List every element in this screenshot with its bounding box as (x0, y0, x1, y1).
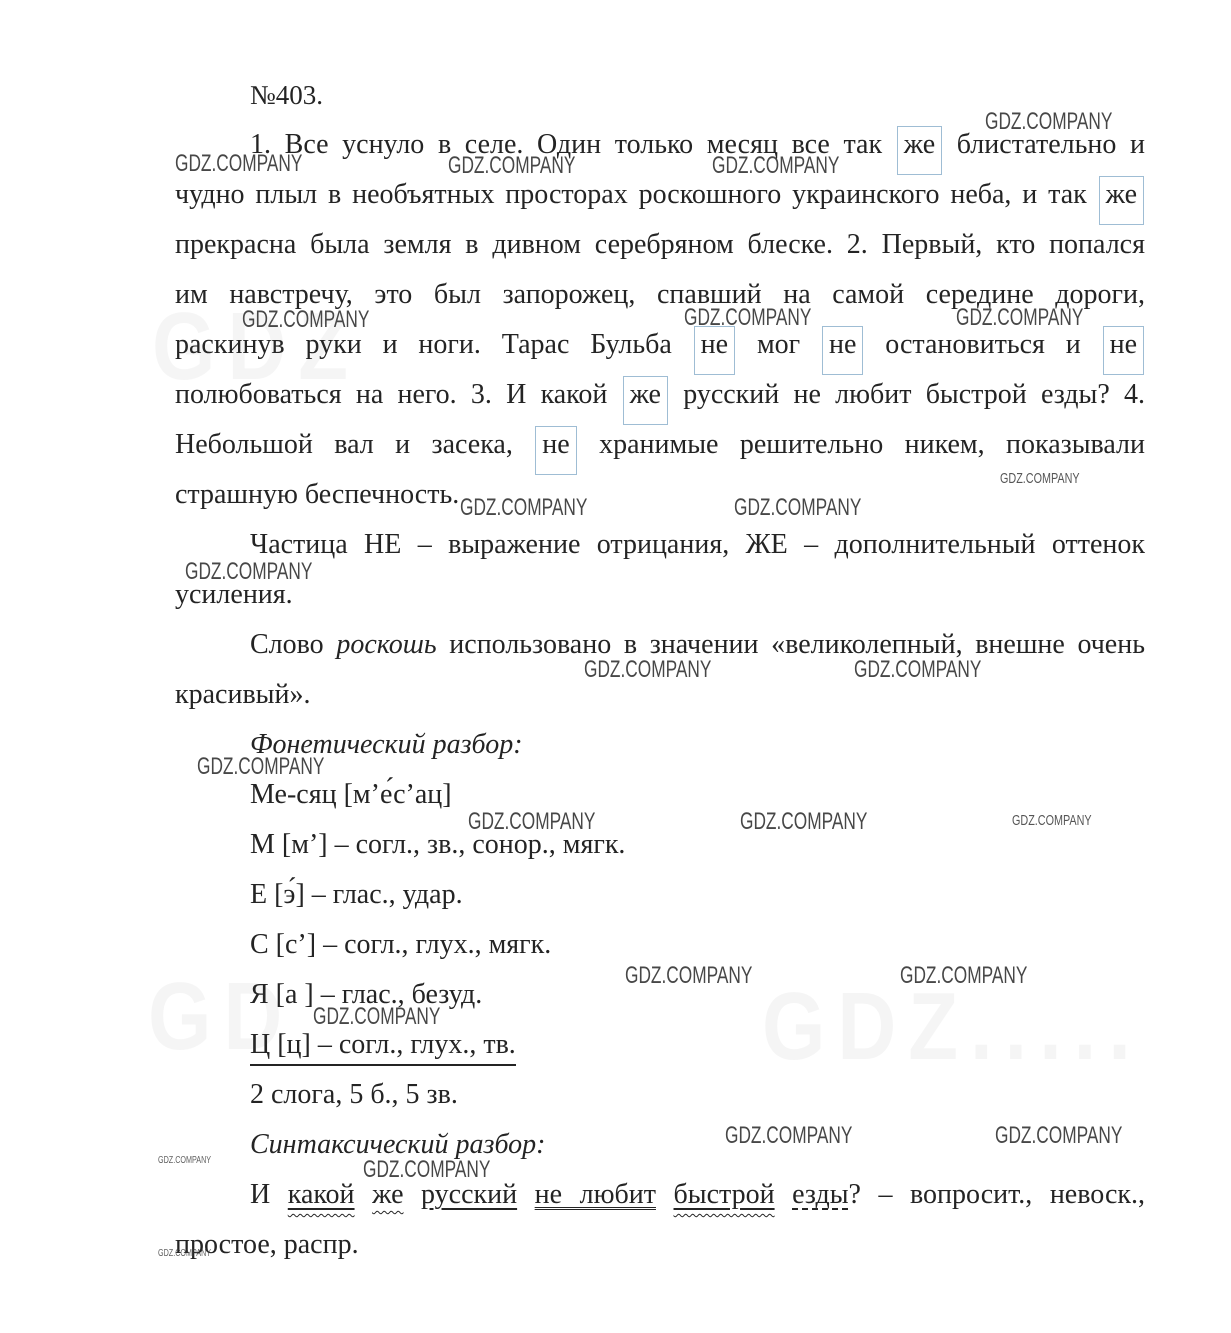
watermark-text: GDZ.COMPANY (854, 656, 981, 684)
document-page: №403.1. Все уснуло в селе. Один только м… (0, 0, 1231, 1333)
text-token: ? – вопросит., невоск., (849, 1179, 1145, 1210)
watermark-text: GDZ.COMPANY (448, 152, 575, 180)
attribute-underlined-word: какой (288, 1179, 355, 1210)
watermark-text: GDZ.COMPANY (197, 753, 324, 781)
particle-box: не (535, 426, 576, 475)
text-line: усиления. (175, 570, 1145, 620)
watermark-text: GDZ.COMPANY (584, 656, 711, 684)
object-underlined-word: езды (792, 1179, 848, 1210)
watermark-text: GDZ.COMPANY (956, 304, 1083, 332)
ghost-watermark-text: GDZ..... (762, 972, 1143, 1082)
watermark-text: GDZ.COMPANY (175, 150, 302, 178)
watermark-text: GDZ.COMPANY (158, 1248, 211, 1259)
underlined-word-text: быстрой (674, 1179, 775, 1210)
watermark-text: GDZ.COMPANY (740, 808, 867, 836)
text-line: Небольшой вал и засека, не хранимые реши… (175, 420, 1145, 470)
text-token: Небольшой вал и засека, (175, 429, 534, 460)
text-line-content: С [с’] – согл., глух., мягк. (250, 929, 551, 960)
text-token: мог (736, 329, 821, 360)
italic-word: роскошь (336, 629, 436, 660)
particle-box: же (1099, 176, 1144, 225)
watermark-text: GDZ.COMPANY (985, 108, 1112, 136)
watermark-text: GDZ.COMPANY (363, 1156, 490, 1184)
text-token: Слово (250, 629, 336, 660)
text-token: чудно плыл в необъятных просторах роскош… (175, 179, 1098, 210)
watermark-text: GDZ.COMPANY (313, 1003, 440, 1031)
text-token: остановиться и (864, 329, 1101, 360)
watermark-text: GDZ.COMPANY (625, 962, 752, 990)
text-token: И (250, 1179, 288, 1210)
exercise-number-text: №403. (250, 80, 323, 110)
text-token: прекрасна была земля в дивном серебряном… (175, 229, 1145, 260)
text-token: русский не любит быстрой езды? 4. (669, 379, 1145, 410)
text-line: простое, распр. (175, 1220, 1145, 1270)
particle-box: не (822, 326, 863, 375)
text-line: прекрасна была земля в дивном серебряном… (175, 220, 1145, 270)
text-line-content: Е [э́] – глас., удар. (250, 879, 463, 910)
watermark-text: GDZ.COMPANY (185, 558, 312, 586)
text-token: страшную беспечность. (175, 479, 459, 510)
watermark-text: GDZ.COMPANY (734, 494, 861, 522)
particle-box: же (623, 376, 668, 425)
text-line: И какой же русский не любит быстрой езды… (175, 1170, 1145, 1220)
text-line: чудно плыл в необъятных просторах роскош… (175, 170, 1145, 220)
particle-box: же (897, 126, 942, 175)
text-line-content: Ме-сяц [м’е́с’ац] (250, 779, 452, 810)
text-token: хранимые решительно никем, показывали (578, 429, 1145, 460)
text-token: Частица НЕ – выражение отрицания, ЖЕ – д… (250, 529, 1145, 560)
watermark-text: GDZ.COMPANY (460, 494, 587, 522)
text-line: Частица НЕ – выражение отрицания, ЖЕ – д… (175, 520, 1145, 570)
predicate-underlined-word: не любит (535, 1179, 656, 1210)
text-token: использовано в значении «великолепный, в… (437, 629, 1145, 660)
attribute-underlined-word: быстрой (674, 1179, 775, 1210)
text-token: красивый». (175, 679, 310, 710)
watermark-text: GDZ.COMPANY (1000, 470, 1080, 487)
watermark-text: GDZ.COMPANY (1012, 812, 1092, 829)
watermark-text: GDZ.COMPANY (158, 1155, 211, 1166)
text-token (517, 1179, 535, 1210)
text-line: Е [э́] – глас., удар. (175, 870, 1145, 920)
text-line-content: 2 слога, 5 б., 5 зв. (250, 1079, 458, 1110)
text-token (656, 1179, 674, 1210)
watermark-text: GDZ.COMPANY (995, 1122, 1122, 1150)
text-line: М [м’] – согл., зв., сонор., мягк. (175, 820, 1145, 870)
particle-box: не (1103, 326, 1144, 375)
underlined-word-text: какой (288, 1179, 355, 1210)
watermark-text: GDZ.COMPANY (725, 1122, 852, 1150)
watermark-text: GDZ.COMPANY (684, 304, 811, 332)
watermark-text: GDZ.COMPANY (468, 808, 595, 836)
particle-box: не (694, 326, 735, 375)
ghost-watermark-text: GD (148, 962, 294, 1072)
watermark-text: GDZ.COMPANY (712, 152, 839, 180)
text-token (775, 1179, 793, 1210)
ghost-watermark-text: GDZ (152, 292, 360, 402)
